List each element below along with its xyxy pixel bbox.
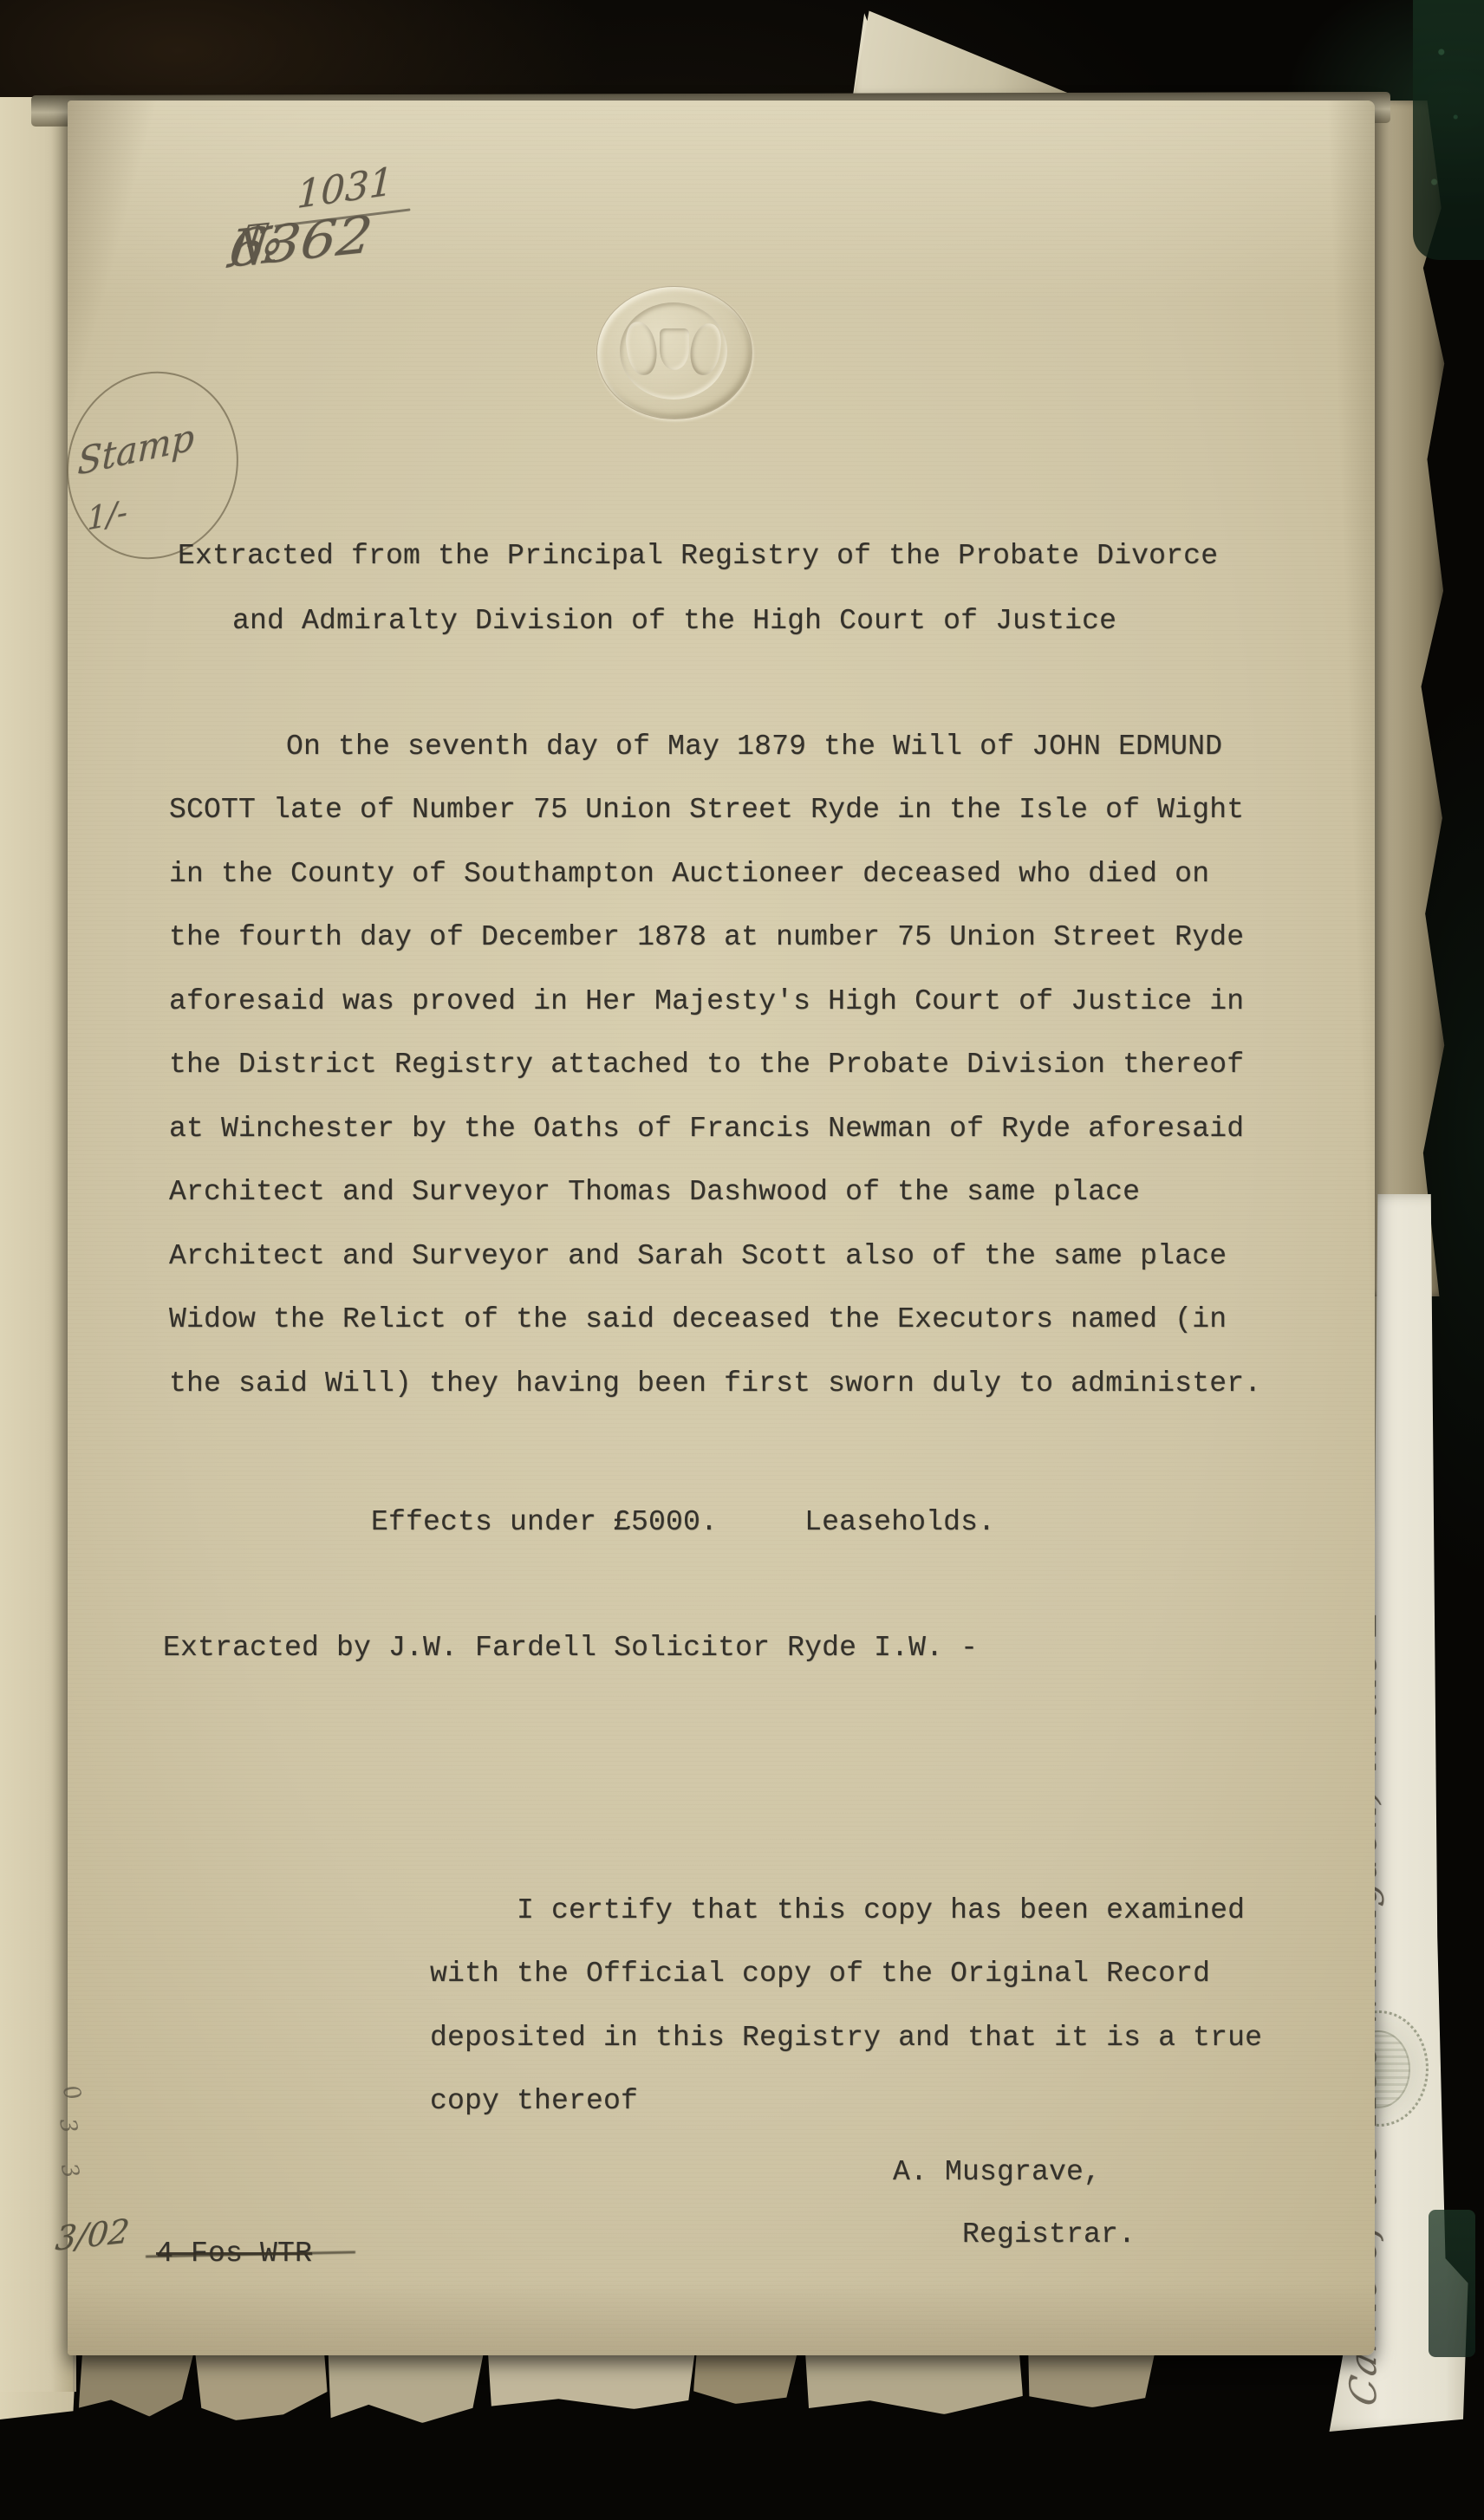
folded-sheet-corner-shade bbox=[852, 7, 1095, 104]
signature-name: A. Musgrave, bbox=[893, 2158, 1101, 2186]
body-line: On the seventh day of May 1879 the Will … bbox=[286, 732, 1222, 761]
extracted-by-line: Extracted by J.W. Fardell Solicitor Ryde… bbox=[163, 1633, 978, 1662]
document-page bbox=[68, 101, 1375, 2355]
stamp-value: 1/- bbox=[87, 497, 127, 536]
scanned-document-photo: Carric of the Hoo Willingdon) in the L d… bbox=[0, 0, 1484, 2520]
header-line-2: and Admiralty Division of the High Court… bbox=[232, 607, 1116, 635]
body-line: Architect and Surveyor and Sarah Scott a… bbox=[169, 1242, 1227, 1270]
certification-line: copy thereof bbox=[430, 2087, 638, 2115]
certification-line: with the Official copy of the Original R… bbox=[430, 1959, 1210, 1988]
body-line: the fourth day of December 1878 at numbe… bbox=[169, 923, 1244, 951]
body-line: in the County of Southampton Auctioneer … bbox=[169, 860, 1209, 888]
body-line: at Winchester by the Oaths of Francis Ne… bbox=[169, 1114, 1244, 1143]
body-line: SCOTT late of Number 75 Union Street Ryd… bbox=[169, 796, 1244, 824]
entry-number-suffix: T bbox=[243, 220, 268, 252]
body-line: Architect and Surveyor Thomas Dashwood o… bbox=[169, 1178, 1140, 1206]
body-line: the said Will) they having been first sw… bbox=[169, 1369, 1261, 1398]
body-line: Widow the Relict of the said deceased th… bbox=[169, 1305, 1227, 1334]
header-line-1: Extracted from the Principal Registry of… bbox=[178, 542, 1218, 570]
certification-line: I certify that this copy has been examin… bbox=[517, 1896, 1245, 1925]
body-line: aforesaid was proved in Her Majesty's Hi… bbox=[169, 987, 1244, 1016]
effects-line: Effects under £5000. Leaseholds. bbox=[371, 1508, 995, 1536]
book-cover-cloth bbox=[1413, 0, 1484, 260]
seal-shield bbox=[660, 328, 689, 370]
bottom-left-code: 3/02 bbox=[54, 2214, 131, 2256]
side-annotation-fragment: d bbox=[1412, 2479, 1450, 2518]
underlying-sheet-edge bbox=[0, 97, 76, 2392]
embossed-crest-seal bbox=[596, 286, 752, 419]
certification-line: deposited in this Registry and that it i… bbox=[430, 2023, 1262, 2052]
body-line: the District Registry attached to the Pr… bbox=[169, 1050, 1244, 1079]
signature-title: Registrar. bbox=[962, 2220, 1136, 2249]
book-cover-cloth-lower bbox=[1429, 2210, 1475, 2357]
